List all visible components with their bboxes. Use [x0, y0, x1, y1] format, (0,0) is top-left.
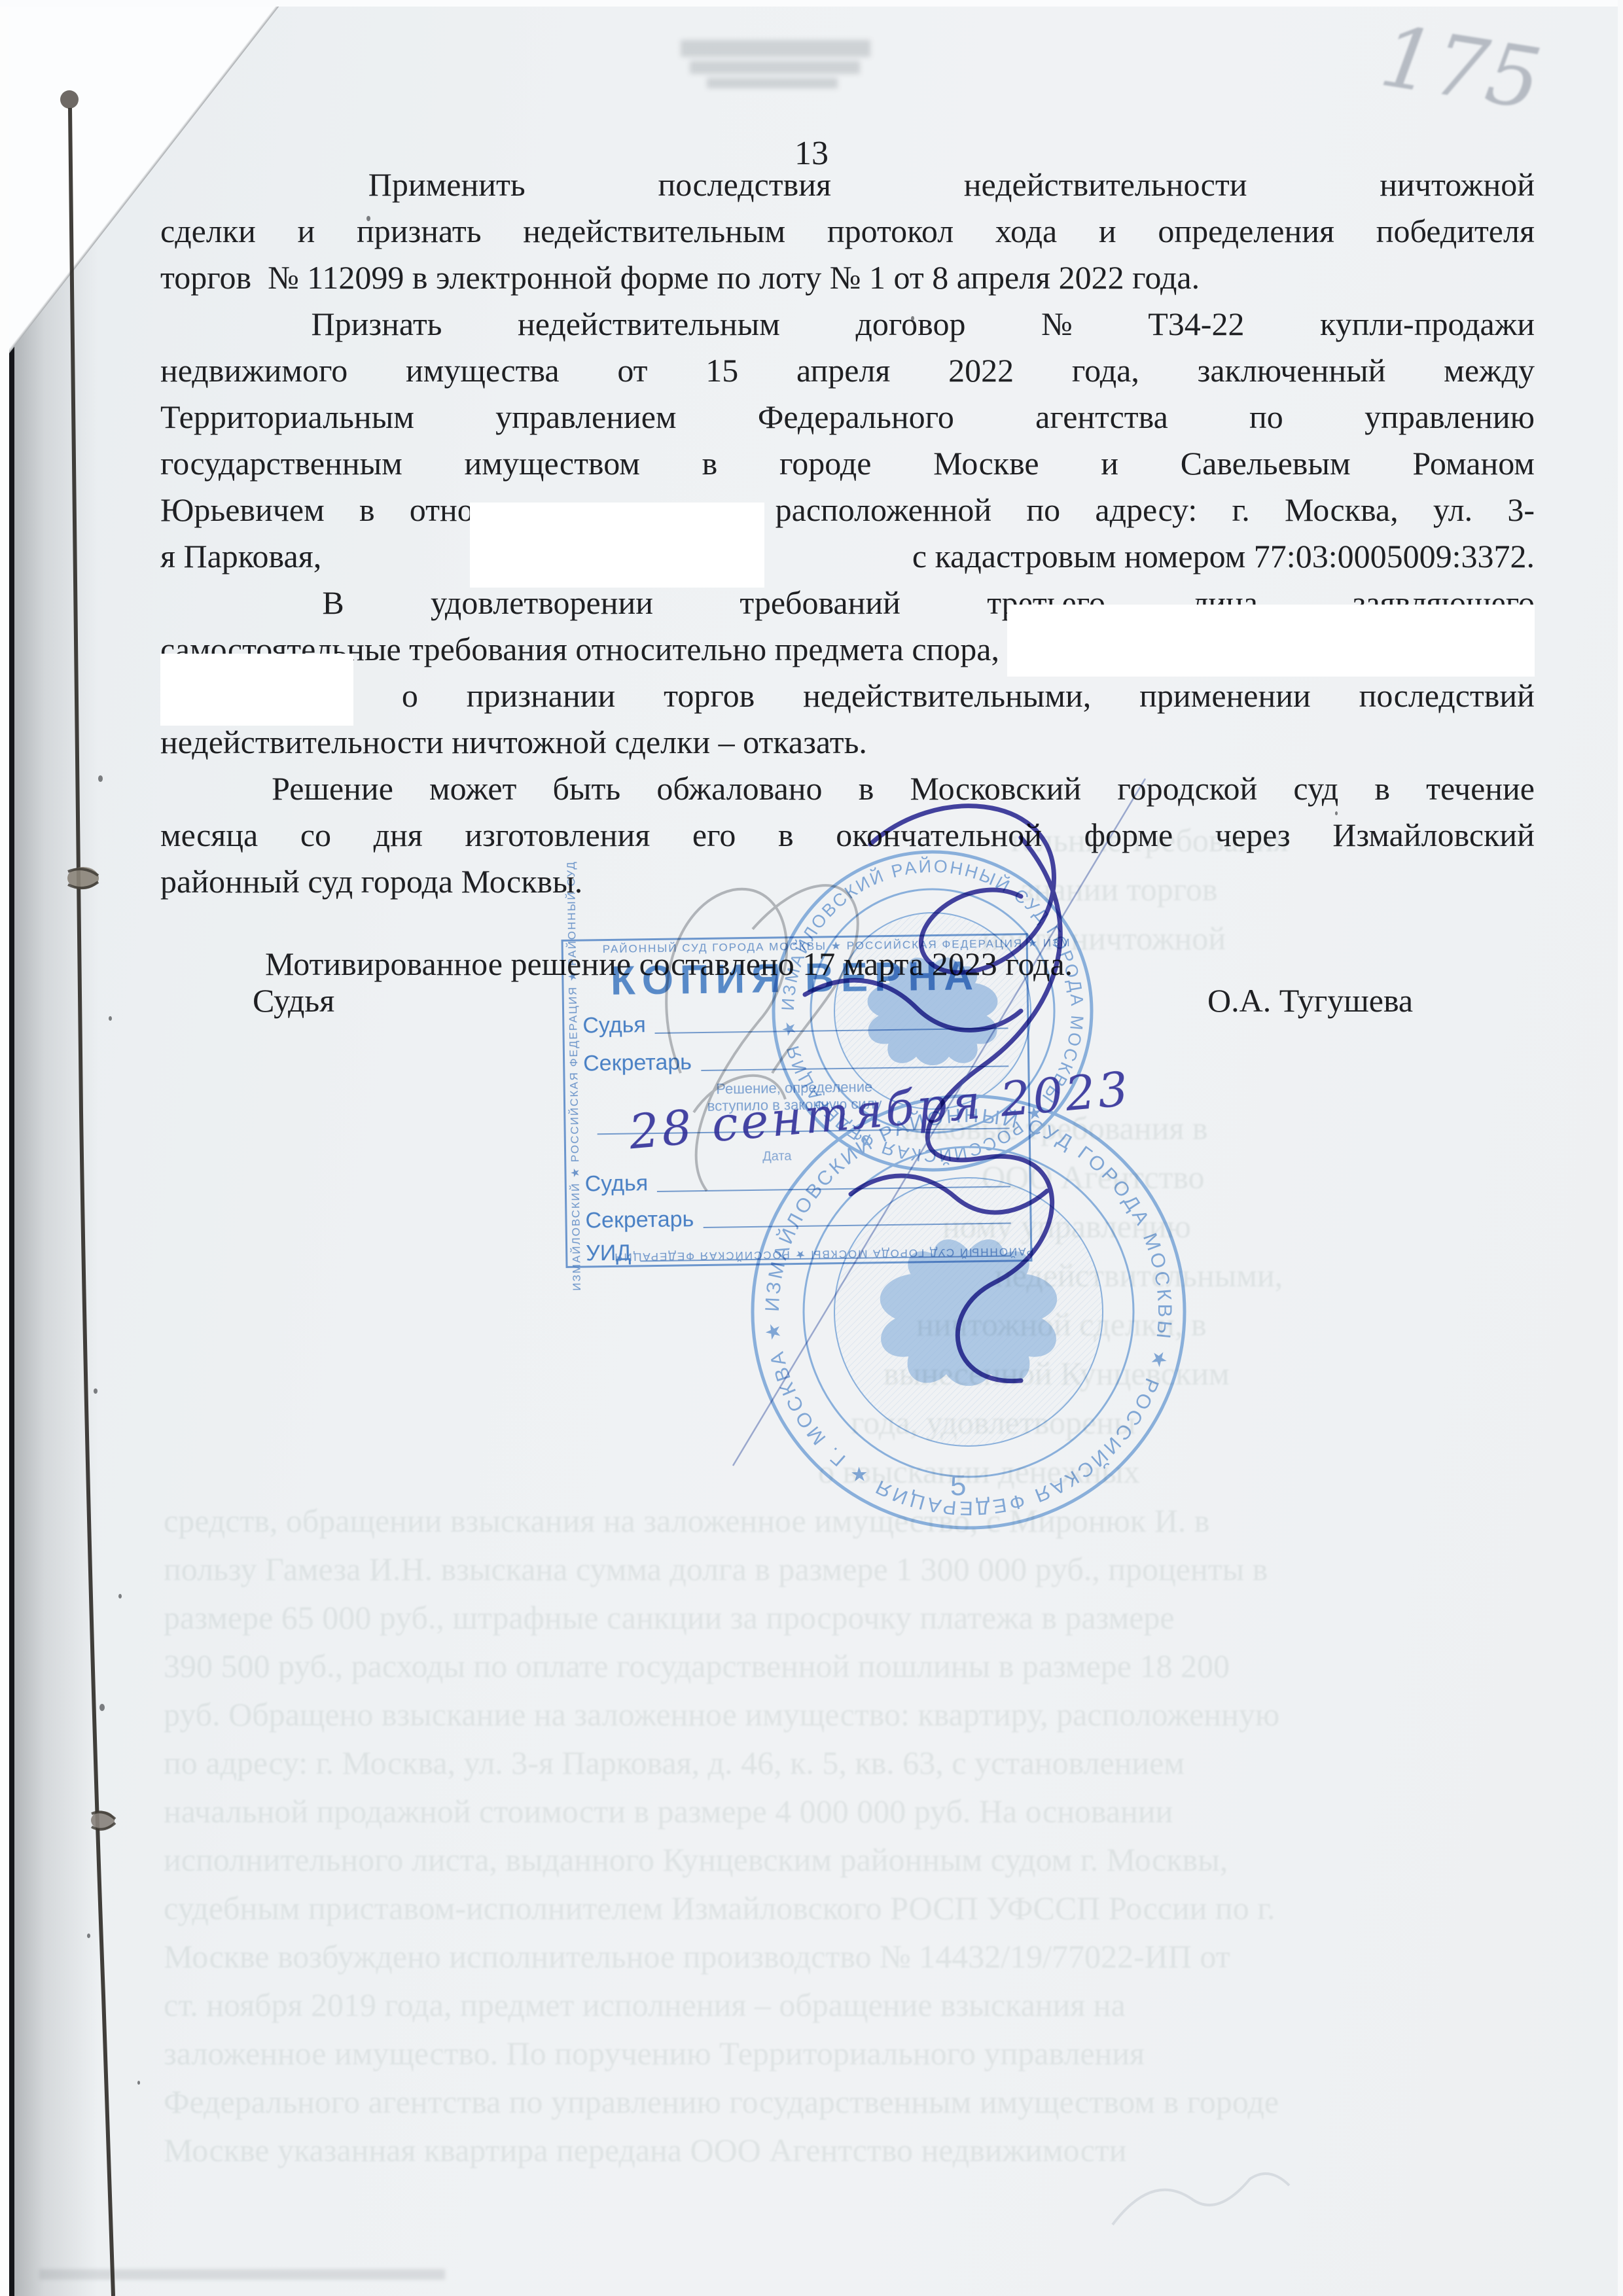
redaction-box: [1007, 605, 1535, 677]
pencil-scribble: [666, 885, 858, 1191]
stray-pen-line: [733, 779, 1145, 1466]
faint-bottom-scribble: [1113, 2174, 1289, 2225]
redaction-box: [160, 654, 353, 726]
redaction-box: [470, 503, 764, 588]
ink-signature: [805, 806, 1060, 1381]
signatures-ink: [0, 0, 1623, 2296]
scanned-court-document-page: 175 13 тельные требованиязнании торговно…: [0, 0, 1623, 2296]
